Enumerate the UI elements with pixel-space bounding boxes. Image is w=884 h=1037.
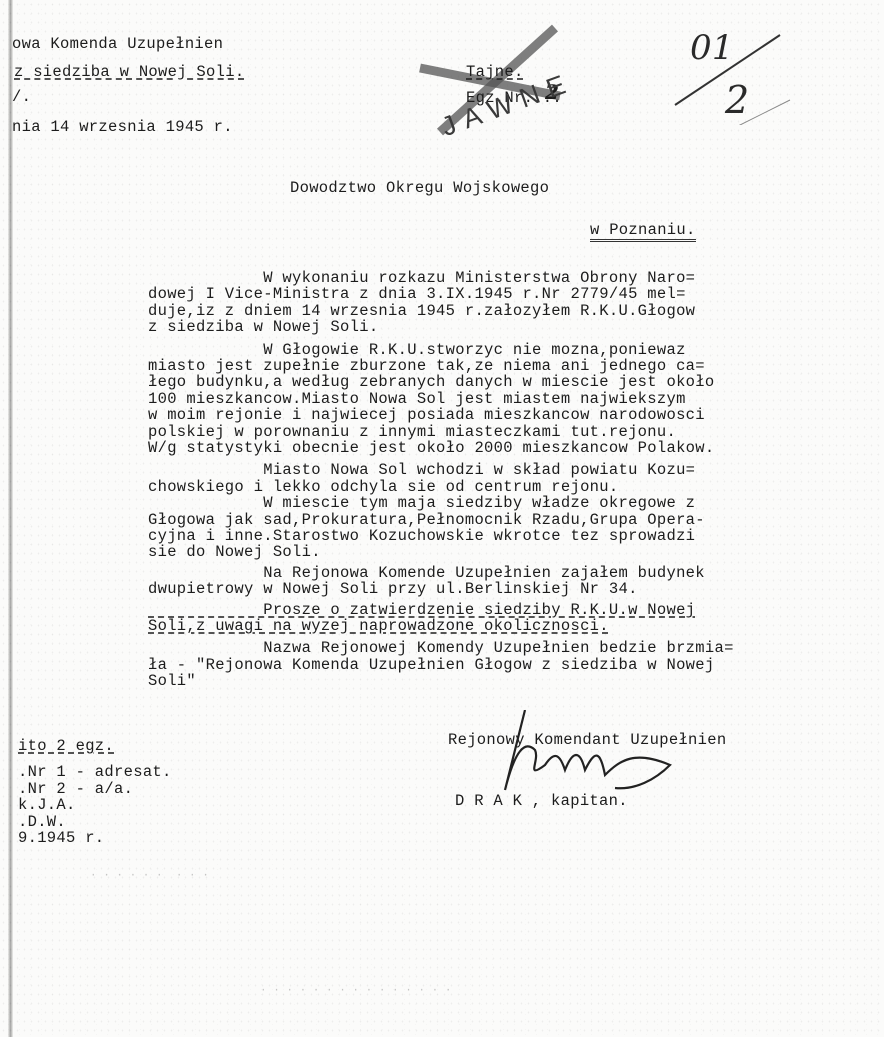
handwritten-signature-icon (485, 710, 685, 800)
distribution-heading: ito 2 egz. (18, 738, 114, 755)
body-line: ła - "Rejonowa Komenda Uzupełnien Głogow… (148, 657, 715, 674)
sender-line-2: z siedziba w Nowej Soli. (14, 64, 244, 81)
recipient-name: Dowodztwo Okregu Wojskowego (290, 180, 549, 197)
body-line: W/g statystyki obecnie jest około 2000 m… (148, 440, 715, 457)
sender-line-3: /. (12, 89, 31, 106)
body-line: Soli,z uwagi na wyzej naprowadzone okoli… (148, 618, 609, 635)
body-line: dowej I Vice-Ministra z dnia 3.IX.1945 r… (148, 286, 686, 303)
distribution-item: 9.1945 r. (18, 830, 104, 847)
document-date: nia 14 wrzesnia 1945 r. (12, 119, 233, 136)
sender-line-1: owa Komenda Uzupełnien (12, 36, 223, 53)
body-line: z siedziba w Nowej Soli. (148, 319, 378, 336)
body-line: W miescie tym maja siedziby władze okreg… (148, 495, 695, 512)
body-line: dwupietrowy w Nowej Soli przy ul.Berlins… (148, 581, 638, 598)
document-page: owa Komenda Uzupełnien z siedziba w Nowe… (0, 0, 884, 1037)
body-line: łego budynku,a według zebranych danych w… (148, 374, 715, 391)
distribution-item: .D.W. (18, 814, 66, 831)
bleed-through-text: · · · · · · · · · (90, 870, 209, 882)
bleed-through-text: · · · · · · · · · · · · · · · (260, 985, 451, 997)
distribution-item: .Nr 2 - a/a. (18, 781, 133, 798)
body-line: Miasto Nowa Sol wchodzi w skład powiatu … (148, 462, 695, 479)
recipient-location: w Poznaniu. (590, 222, 696, 242)
signatory-name: D R A K , kapitan. (455, 793, 628, 810)
body-line: Nazwa Rejonowej Komendy Uzupełnien bedzi… (148, 640, 734, 657)
handwritten-ref-bottom: 2 (725, 80, 749, 120)
body-line: w moim rejonie i najwiecej posiada miesz… (148, 407, 705, 424)
distribution-item: .Nr 1 - adresat. (18, 764, 172, 781)
distribution-item: k.J.A. (18, 797, 76, 814)
body-line: sie do Nowej Soli. (148, 544, 321, 561)
secret-label: Tajne. (466, 64, 524, 81)
handwritten-ref-top: 01 (690, 30, 734, 66)
body-line: Soli" (148, 673, 196, 690)
scan-edge-shadow (8, 0, 13, 1037)
